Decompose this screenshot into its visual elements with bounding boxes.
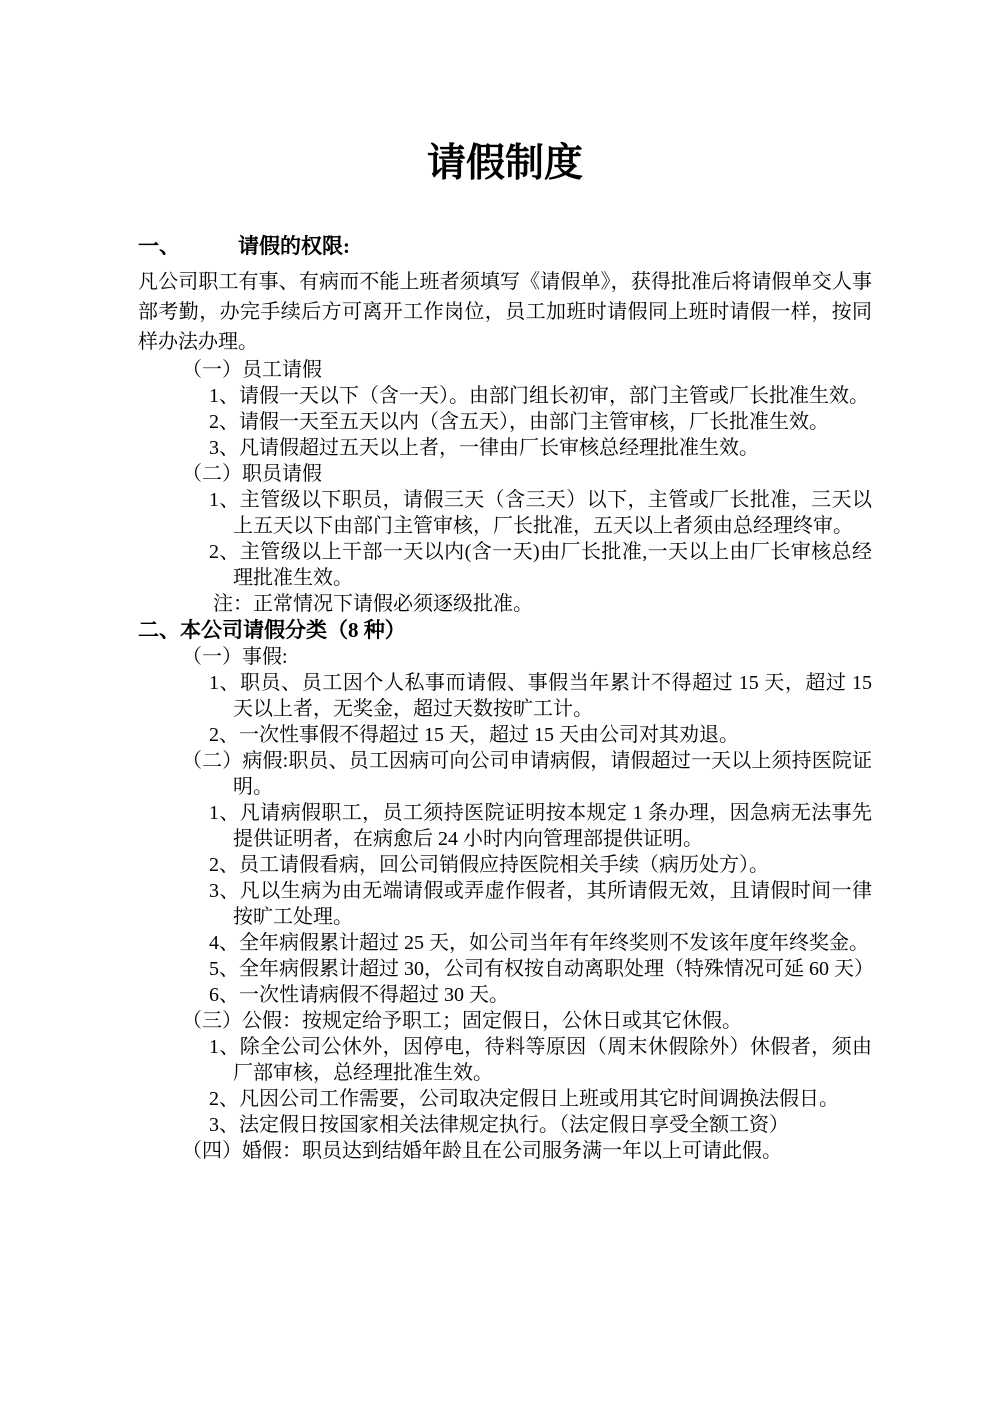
list-item: 2、凡因公司工作需要，公司取决定假日上班或用其它时间调换法假日。 — [138, 1086, 872, 1112]
section-1-body: （一）员工请假 1、请假一天以下（含一天）。由部门组长初审，部门主管或厂长批准生… — [138, 357, 872, 617]
section-2-heading: 二、本公司请假分类（8 种） — [138, 617, 872, 644]
section-1-intro: 凡公司职工有事、有病而不能上班者须填写《请假单》，获得批准后将请假单交人事部考勤… — [138, 267, 872, 357]
document-page: 请假制度 一、请假的权限: 凡公司职工有事、有病而不能上班者须填写《请假单》，获… — [0, 0, 993, 1404]
section-2-body: 二、本公司请假分类（8 种） （一）事假: 1、职员、员工因个人私事而请假、事假… — [138, 617, 872, 1164]
list-item: 1、凡请病假职工，员工须持医院证明按本规定 1 条办理，因急病无法事先提供证明者… — [138, 800, 872, 852]
list-item: 3、法定假日按国家相关法律规定执行。（法定假日享受全额工资） — [138, 1112, 872, 1138]
list-item: 1、职员、员工因个人私事而请假、事假当年累计不得超过 15 天，超过 15 天以… — [138, 670, 872, 722]
section-1-note: 注：正常情况下请假必须逐级批准。 — [138, 591, 872, 617]
list-item: 5、全年病假累计超过 30，公司有权按自动离职处理（特殊情况可延 60 天） — [138, 956, 872, 982]
list-item: 2、主管级以上干部一天以内(含一天)由厂长批准,一天以上由厂长审核总经理批准生效… — [138, 539, 872, 591]
subsection-2-1-heading: （一）事假: — [138, 644, 872, 670]
list-item: 3、凡以生病为由无端请假或弄虚作假者，其所请假无效，且请假时间一律按旷工处理。 — [138, 878, 872, 930]
document-title: 请假制度 — [138, 136, 872, 192]
document-content: 请假制度 一、请假的权限: 凡公司职工有事、有病而不能上班者须填写《请假单》，获… — [138, 0, 872, 1164]
list-item: 1、主管级以下职员，请假三天（含三天）以下，主管或厂长批准，三天以上五天以下由部… — [138, 487, 872, 539]
subsection-2-4-heading: （四）婚假：职员达到结婚年龄且在公司服务满一年以上可请此假。 — [138, 1138, 872, 1164]
list-item: 1、请假一天以下（含一天）。由部门组长初审，部门主管或厂长批准生效。 — [138, 383, 872, 409]
list-item: 2、员工请假看病，回公司销假应持医院相关手续（病历处方）。 — [138, 852, 872, 878]
subsection-2-2-heading: （二）病假:职员、员工因病可向公司申请病假，请假超过一天以上须持医院证明。 — [138, 748, 872, 800]
list-item: 2、一次性事假不得超过 15 天，超过 15 天由公司对其劝退。 — [138, 722, 872, 748]
section-1-number: 一、 — [138, 232, 238, 260]
section-1-heading: 一、请假的权限: — [138, 232, 872, 260]
subsection-2-3-heading: （三）公假：按规定给予职工；固定假日，公休日或其它休假。 — [138, 1008, 872, 1034]
list-item: 1、除全公司公休外，因停电，待料等原因（周末休假除外）休假者，须由厂部审核，总经… — [138, 1034, 872, 1086]
list-item: 4、全年病假累计超过 25 天，如公司当年有年终奖则不发该年度年终奖金。 — [138, 930, 872, 956]
list-item: 6、一次性请病假不得超过 30 天。 — [138, 982, 872, 1008]
list-item: 2、请假一天至五天以内（含五天），由部门主管审核，厂长批准生效。 — [138, 409, 872, 435]
section-1-heading-text: 请假的权限: — [238, 234, 350, 258]
subsection-1-1-heading: （一）员工请假 — [138, 357, 872, 383]
list-item: 3、凡请假超过五天以上者，一律由厂长审核总经理批准生效。 — [138, 435, 872, 461]
subsection-1-2-heading: （二）职员请假 — [138, 461, 872, 487]
